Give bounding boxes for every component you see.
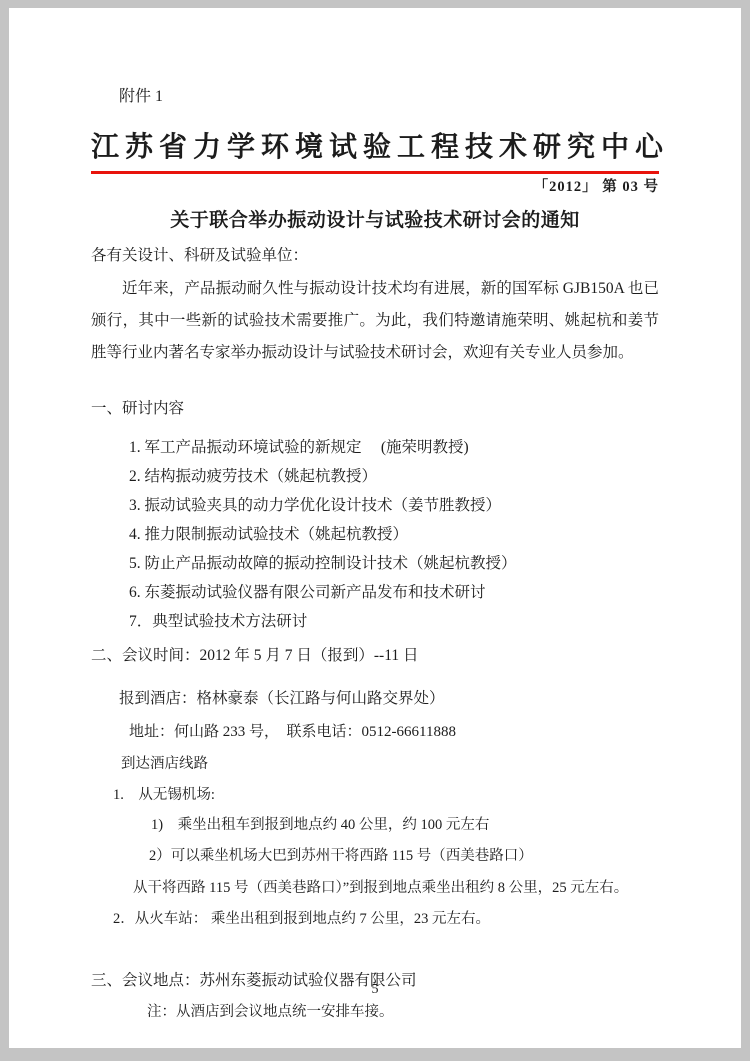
intro-paragraph: 近年来，产品振动耐久性与振动设计技术均有进展，新的国军标 GJB150A 也已颁… xyxy=(91,273,659,369)
section-time-heading: 二、会议时间：2012 年 5 月 7 日（报到）--11 日 xyxy=(91,646,659,667)
doc-number: 「2012」 第 03 号 xyxy=(91,178,659,198)
route-airport-option-2-detail: 从干将西路 115 号（西美巷路口）”到报到地点乘坐出租约 8 公里，25 元左… xyxy=(133,879,659,899)
scan-background: 附件 1 江苏省力学环境试验工程技术研究中心 「2012」 第 03 号 关于联… xyxy=(0,0,750,1061)
agenda-item: 3. 振动试验夹具的动力学优化设计技术（姜节胜教授） xyxy=(129,491,659,520)
salutation: 各有关设计、科研及试验单位： xyxy=(91,246,659,267)
document-content: 附件 1 江苏省力学环境试验工程技术研究中心 「2012」 第 03 号 关于联… xyxy=(9,8,741,1048)
agenda-item: 5. 防止产品振动故障的振动控制设计技术（姚起杭教授） xyxy=(129,549,659,578)
location-note: 注：从酒店到会议地点统一安排车接。 xyxy=(147,1003,659,1023)
attachment-label: 附件 1 xyxy=(119,86,659,108)
section-discussion-heading: 一、研讨内容 xyxy=(91,399,659,420)
agenda-item: 2. 结构振动疲劳技术（姚起杭教授） xyxy=(129,462,659,491)
document-page: 附件 1 江苏省力学环境试验工程技术研究中心 「2012」 第 03 号 关于联… xyxy=(9,8,741,1048)
route-airport-option-1: 1) 乘坐出租车到报到地点约 40 公里，约 100 元左右 xyxy=(151,816,659,836)
route-from-train-station: 2．从火车站： 乘坐出租到报到地点约 7 公里，23 元左右。 xyxy=(113,910,659,930)
route-airport-option-2: 2）可以乘坐机场大巴到苏州干将西路 115 号（西美巷路口） xyxy=(149,847,659,867)
page-number: 5 xyxy=(9,981,741,1000)
agenda-item: 6. 东菱振动试验仪器有限公司新产品发布和技术研讨 xyxy=(129,578,659,607)
notice-title: 关于联合举办振动设计与试验技术研讨会的通知 xyxy=(91,208,659,234)
agenda-item: 4. 推力限制振动试验技术（姚起杭教授） xyxy=(129,520,659,549)
route-from-airport-title: 1. 从无锡机场: xyxy=(113,786,659,806)
hotel-line: 报到酒店：格林豪泰（长江路与何山路交界处） xyxy=(119,689,659,710)
org-title: 江苏省力学环境试验工程技术研究中心 xyxy=(91,130,659,164)
route-title: 到达酒店线路 xyxy=(121,755,659,775)
hotel-address-line: 地址：何山路 233 号， 联系电话：0512-66611888 xyxy=(129,722,659,742)
agenda-item: 1. 军工产品振动环境试验的新规定 (施荣明教授) xyxy=(129,433,659,462)
agenda-item: 7．典型试验技术方法研讨 xyxy=(129,607,659,636)
agenda-list: 1. 军工产品振动环境试验的新规定 (施荣明教授) 2. 结构振动疲劳技术（姚起… xyxy=(91,433,659,636)
red-divider xyxy=(91,171,659,174)
